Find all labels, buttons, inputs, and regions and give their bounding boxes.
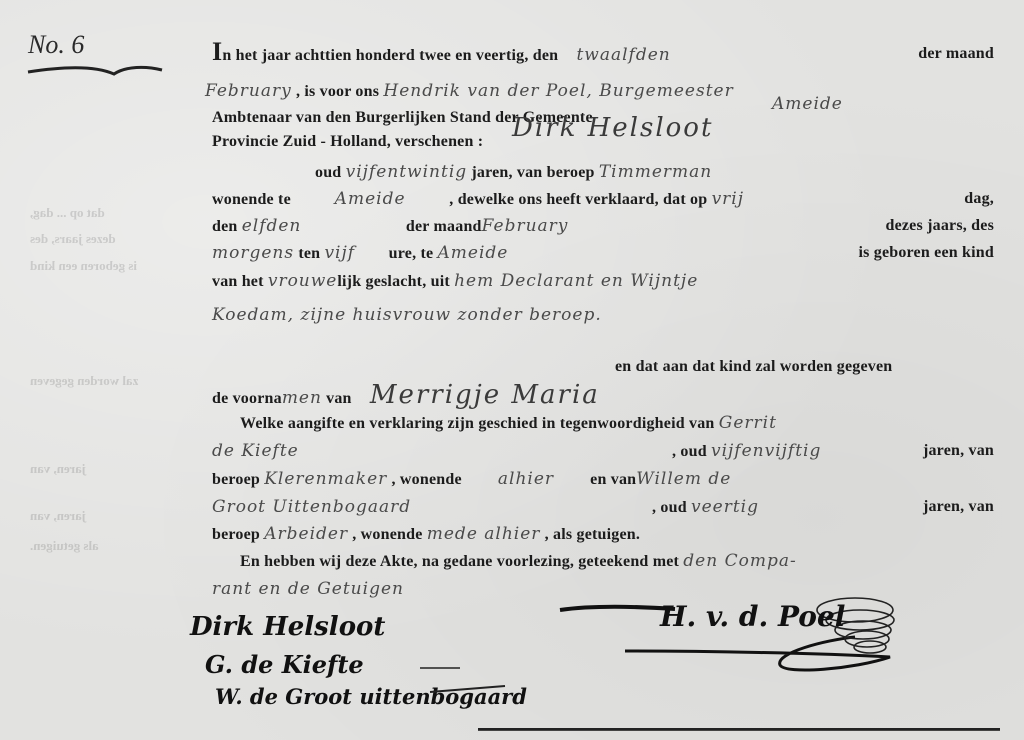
line-18: En hebben wij deze Akte, na gedane voorl… <box>240 551 1000 572</box>
handwritten-witness2-age: veertig <box>691 497 831 517</box>
handwritten-hour: vijf <box>324 243 384 263</box>
handwritten-child-name: Merrigje Maria <box>370 380 600 410</box>
handwritten-residence: Ameide <box>295 189 445 209</box>
handwritten-witness1-occupation: Klerenmaker <box>264 469 387 489</box>
handwritten-declarant: Dirk Helsloot <box>512 118 713 138</box>
line-13: Welke aangifte en verklaring zijn geschi… <box>240 413 1000 434</box>
handwritten-sex: vrouwe <box>268 271 338 291</box>
bleed-through-text: is geboren een kind <box>30 258 137 274</box>
line-9: van het vrouwelijk geslacht, uit hem Dec… <box>212 271 1000 292</box>
line-6: wonende te Ameide , dewelke ons heeft ve… <box>212 189 1000 210</box>
bleed-through-text: als getuigen. <box>30 538 99 554</box>
signature-official: H. v. d. Poel <box>660 600 845 633</box>
line-1: In het jaar achttien honderd twee en vee… <box>212 44 1000 66</box>
handwritten-birth-place: Ameide <box>438 243 509 263</box>
handwritten-witness2-occupation: Arbeider <box>264 524 348 544</box>
handwritten-parents: hem Declarant en Wijntje <box>454 271 698 291</box>
handwritten-witness2-first: Willem de <box>636 469 731 489</box>
signature-stroke-icon <box>290 660 510 700</box>
handwritten-month: February <box>205 81 292 101</box>
handwritten-witness2-last: Groot Uittenbogaard <box>212 497 652 517</box>
line-12: de voornamen van Merrigje Maria <box>212 385 1000 409</box>
handwritten-witness1-first: Gerrit <box>719 413 777 433</box>
handwritten-occupation: Timmerman <box>599 162 712 182</box>
act-number: No. 6 <box>28 30 84 60</box>
handwritten-time-of-day: morgens <box>212 243 294 263</box>
handwritten-mother: Koedam, zijne huisvrouw zonder beroep. <box>212 305 602 325</box>
line-2: February , is voor ons Hendrik van der P… <box>205 81 1000 102</box>
line-4: Provincie Zuid - Holland, verschenen : D… <box>212 132 1000 152</box>
handwritten-signatories: den Compa- <box>683 551 796 571</box>
line-8: morgens ten vijf ure, te Ameide is gebor… <box>212 243 1000 264</box>
signature-declarant: Dirk Helsloot <box>190 612 385 642</box>
handwritten-birth-day: elfden <box>242 216 402 236</box>
line-11: en dat aan dat kind zal worden gegeven <box>615 357 1000 377</box>
bleed-through-text: jaren, van <box>30 508 86 524</box>
drop-cap: I <box>212 37 222 66</box>
line-17: beroep Arbeider , wonende mede alhier , … <box>212 524 1000 545</box>
document-page: dat op ... dag, dezes jaars, des is gebo… <box>0 0 1024 740</box>
bleed-through-text: jaren, van <box>30 461 86 477</box>
line-14: de Kiefte, oud vijfenvijftig jaren, van <box>212 441 1000 462</box>
bleed-through-text: dat op ... dag, <box>30 205 105 221</box>
handwritten-witness1-last: de Kiefte <box>212 441 672 461</box>
bottom-rule <box>478 728 1000 731</box>
handwritten-weekday: vrij <box>712 189 744 209</box>
line-5: oud vijfentwintig jaren, van beroep Timm… <box>315 162 1000 183</box>
line-7: den elfden der maandFebruary dezes jaars… <box>212 216 1000 237</box>
handwritten-age: vijfentwintig <box>346 162 468 182</box>
bleed-through-text: dezes jaars, des <box>30 231 116 247</box>
line-16: Groot Uittenbogaard, oud veertig jaren, … <box>212 497 1000 518</box>
handwritten-witness1-residence: alhier <box>466 469 586 489</box>
bleed-through-text: zal worden gegeven <box>30 373 138 389</box>
handwritten-day: twaalfden <box>576 45 670 65</box>
handwritten-signatories-cont: rant en de Getuigen <box>212 579 404 599</box>
handwritten-official: Hendrik van der Poel, Burgemeester <box>383 81 733 101</box>
handwritten-municipality: Ameide <box>772 94 843 114</box>
handwritten-witness2-residence: mede alhier <box>427 524 541 544</box>
line-15: beroep Klerenmaker , wonende alhier en v… <box>212 469 1000 490</box>
flourish-underline-icon <box>26 64 166 80</box>
line-10: Koedam, zijne huisvrouw zonder beroep. <box>212 305 1000 326</box>
handwritten-witness1-age: vijfenvijftig <box>711 441 821 461</box>
handwritten-birth-month: February <box>482 216 569 236</box>
